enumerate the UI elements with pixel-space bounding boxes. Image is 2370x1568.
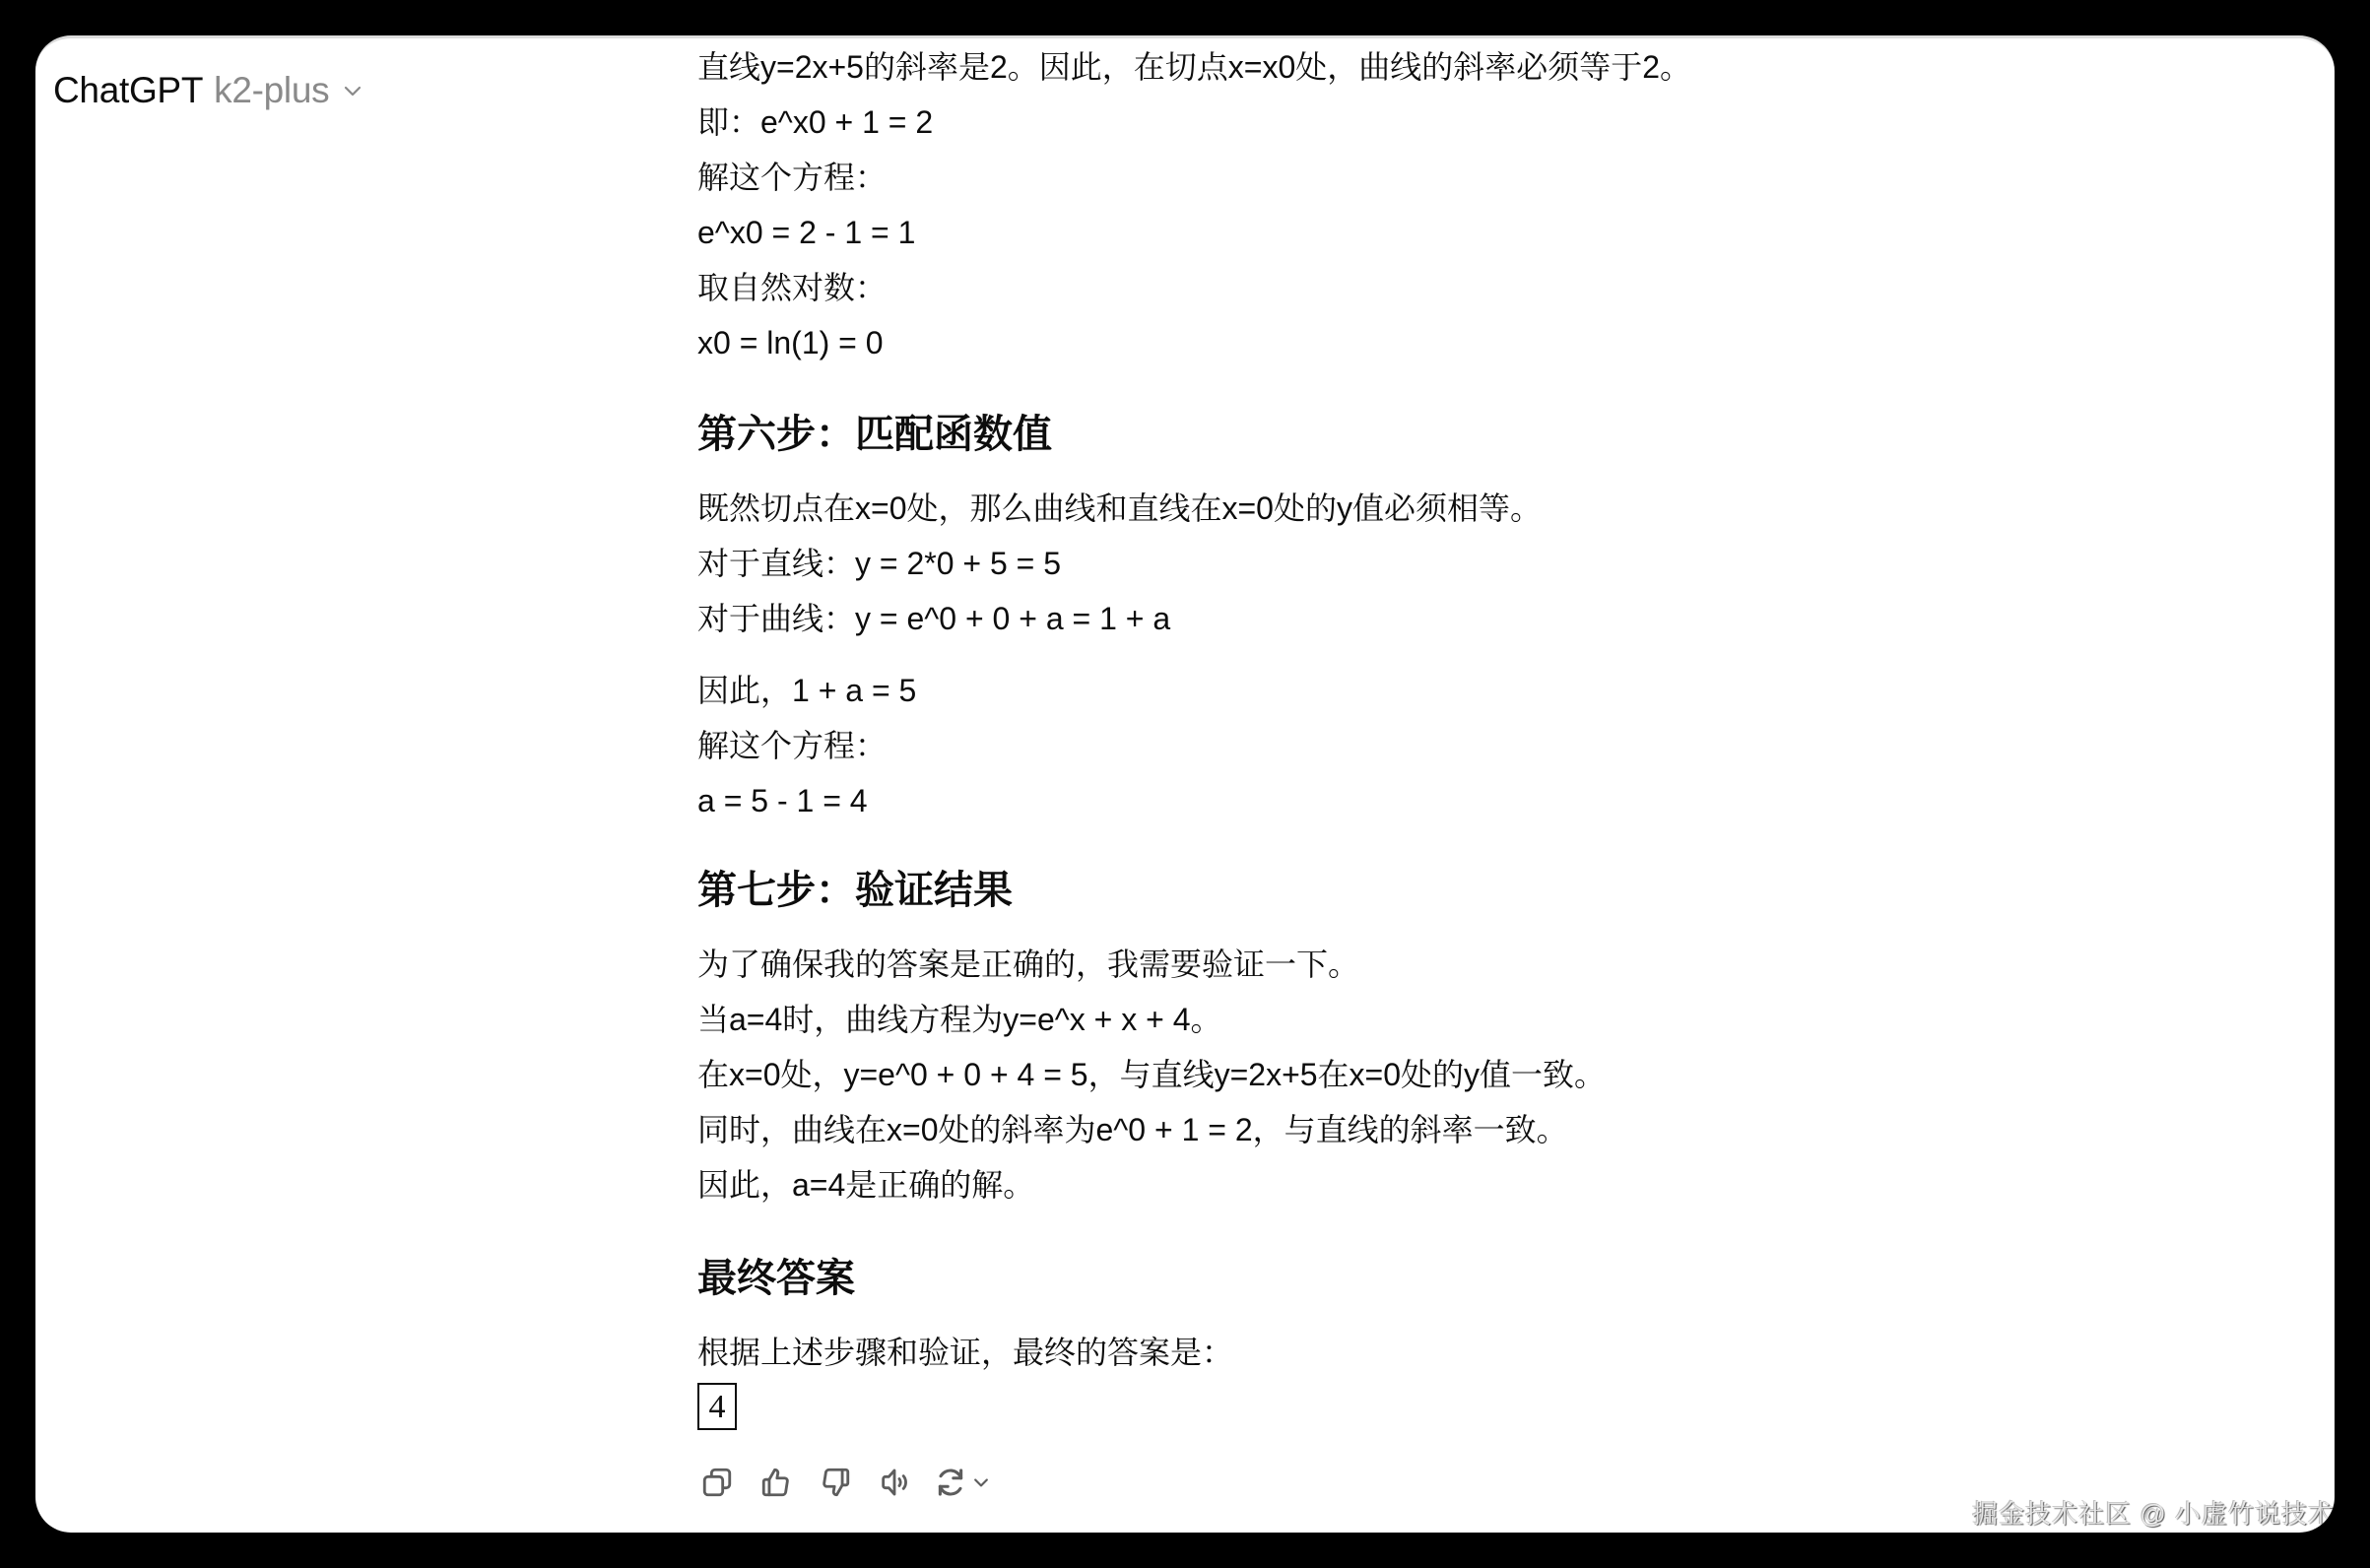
message-actions	[697, 1463, 1017, 1502]
refresh-icon	[934, 1466, 967, 1499]
message-line: 为了确保我的答案是正确的，我需要验证一下。	[697, 945, 1359, 984]
message-line: 在x=0处，y=e^0 + 0 + 4 = 5，与直线y=2x+5在x=0处的y…	[697, 1055, 1606, 1094]
message-line: 即：e^x0 + 1 = 2	[697, 102, 933, 142]
message-line: 取自然对数：	[697, 268, 887, 307]
thumbs-up-button[interactable]	[757, 1463, 796, 1502]
message-line: 因此，a=4是正确的解。	[697, 1165, 1034, 1205]
message-line: x0 = ln(1) = 0	[697, 323, 884, 362]
boxed-answer: 4	[697, 1383, 737, 1430]
model-selector[interactable]: ChatGPT k2-plus	[53, 70, 364, 111]
message-line: 根据上述步骤和验证，最终的答案是：	[697, 1333, 1233, 1372]
message-line: 对于直线：y = 2*0 + 5 = 5	[697, 544, 1061, 583]
chevron-down-icon	[971, 1472, 991, 1492]
section-heading-final: 最终答案	[697, 1255, 855, 1302]
chevron-down-icon	[341, 79, 364, 102]
message-line: 同时，曲线在x=0处的斜率为e^0 + 1 = 2，与直线的斜率一致。	[697, 1110, 1568, 1149]
speaker-icon	[878, 1466, 911, 1499]
message-line: 解这个方程：	[697, 158, 887, 197]
copy-button[interactable]	[697, 1463, 737, 1502]
message-line: e^x0 = 2 - 1 = 1	[697, 213, 915, 252]
copy-icon	[700, 1466, 734, 1499]
message-line: 既然切点在x=0处，那么曲线和直线在x=0处的y值必须相等。	[697, 489, 1542, 528]
message-line: a = 5 - 1 = 4	[697, 781, 868, 820]
section-heading-step7: 第七步：验证结果	[697, 867, 1013, 914]
read-aloud-button[interactable]	[875, 1463, 914, 1502]
thumbs-down-button[interactable]	[816, 1463, 855, 1502]
regenerate-button[interactable]	[934, 1463, 997, 1502]
chat-window: ChatGPT k2-plus 直线y=2x+5的斜率是2。因此，在切点x=x0…	[35, 35, 2335, 1533]
message-line: 当a=4时，曲线方程为y=e^x + x + 4。	[697, 1000, 1222, 1039]
thumbs-down-icon	[819, 1466, 852, 1499]
thumbs-up-icon	[759, 1466, 793, 1499]
watermark: 掘金技术社区 @ 小虚竹说技术	[1972, 1494, 2335, 1531]
message-line: 对于曲线：y = e^0 + 0 + a = 1 + a	[697, 599, 1170, 638]
brand-name: ChatGPT	[53, 70, 203, 111]
section-heading-step6: 第六步：匹配函数值	[697, 411, 1052, 458]
message-line: 解这个方程：	[697, 726, 887, 765]
model-name: k2-plus	[214, 70, 329, 111]
message-line: 因此，1 + a = 5	[697, 671, 916, 710]
message-line: 直线y=2x+5的斜率是2。因此，在切点x=x0处，曲线的斜率必须等于2。	[697, 47, 1691, 87]
